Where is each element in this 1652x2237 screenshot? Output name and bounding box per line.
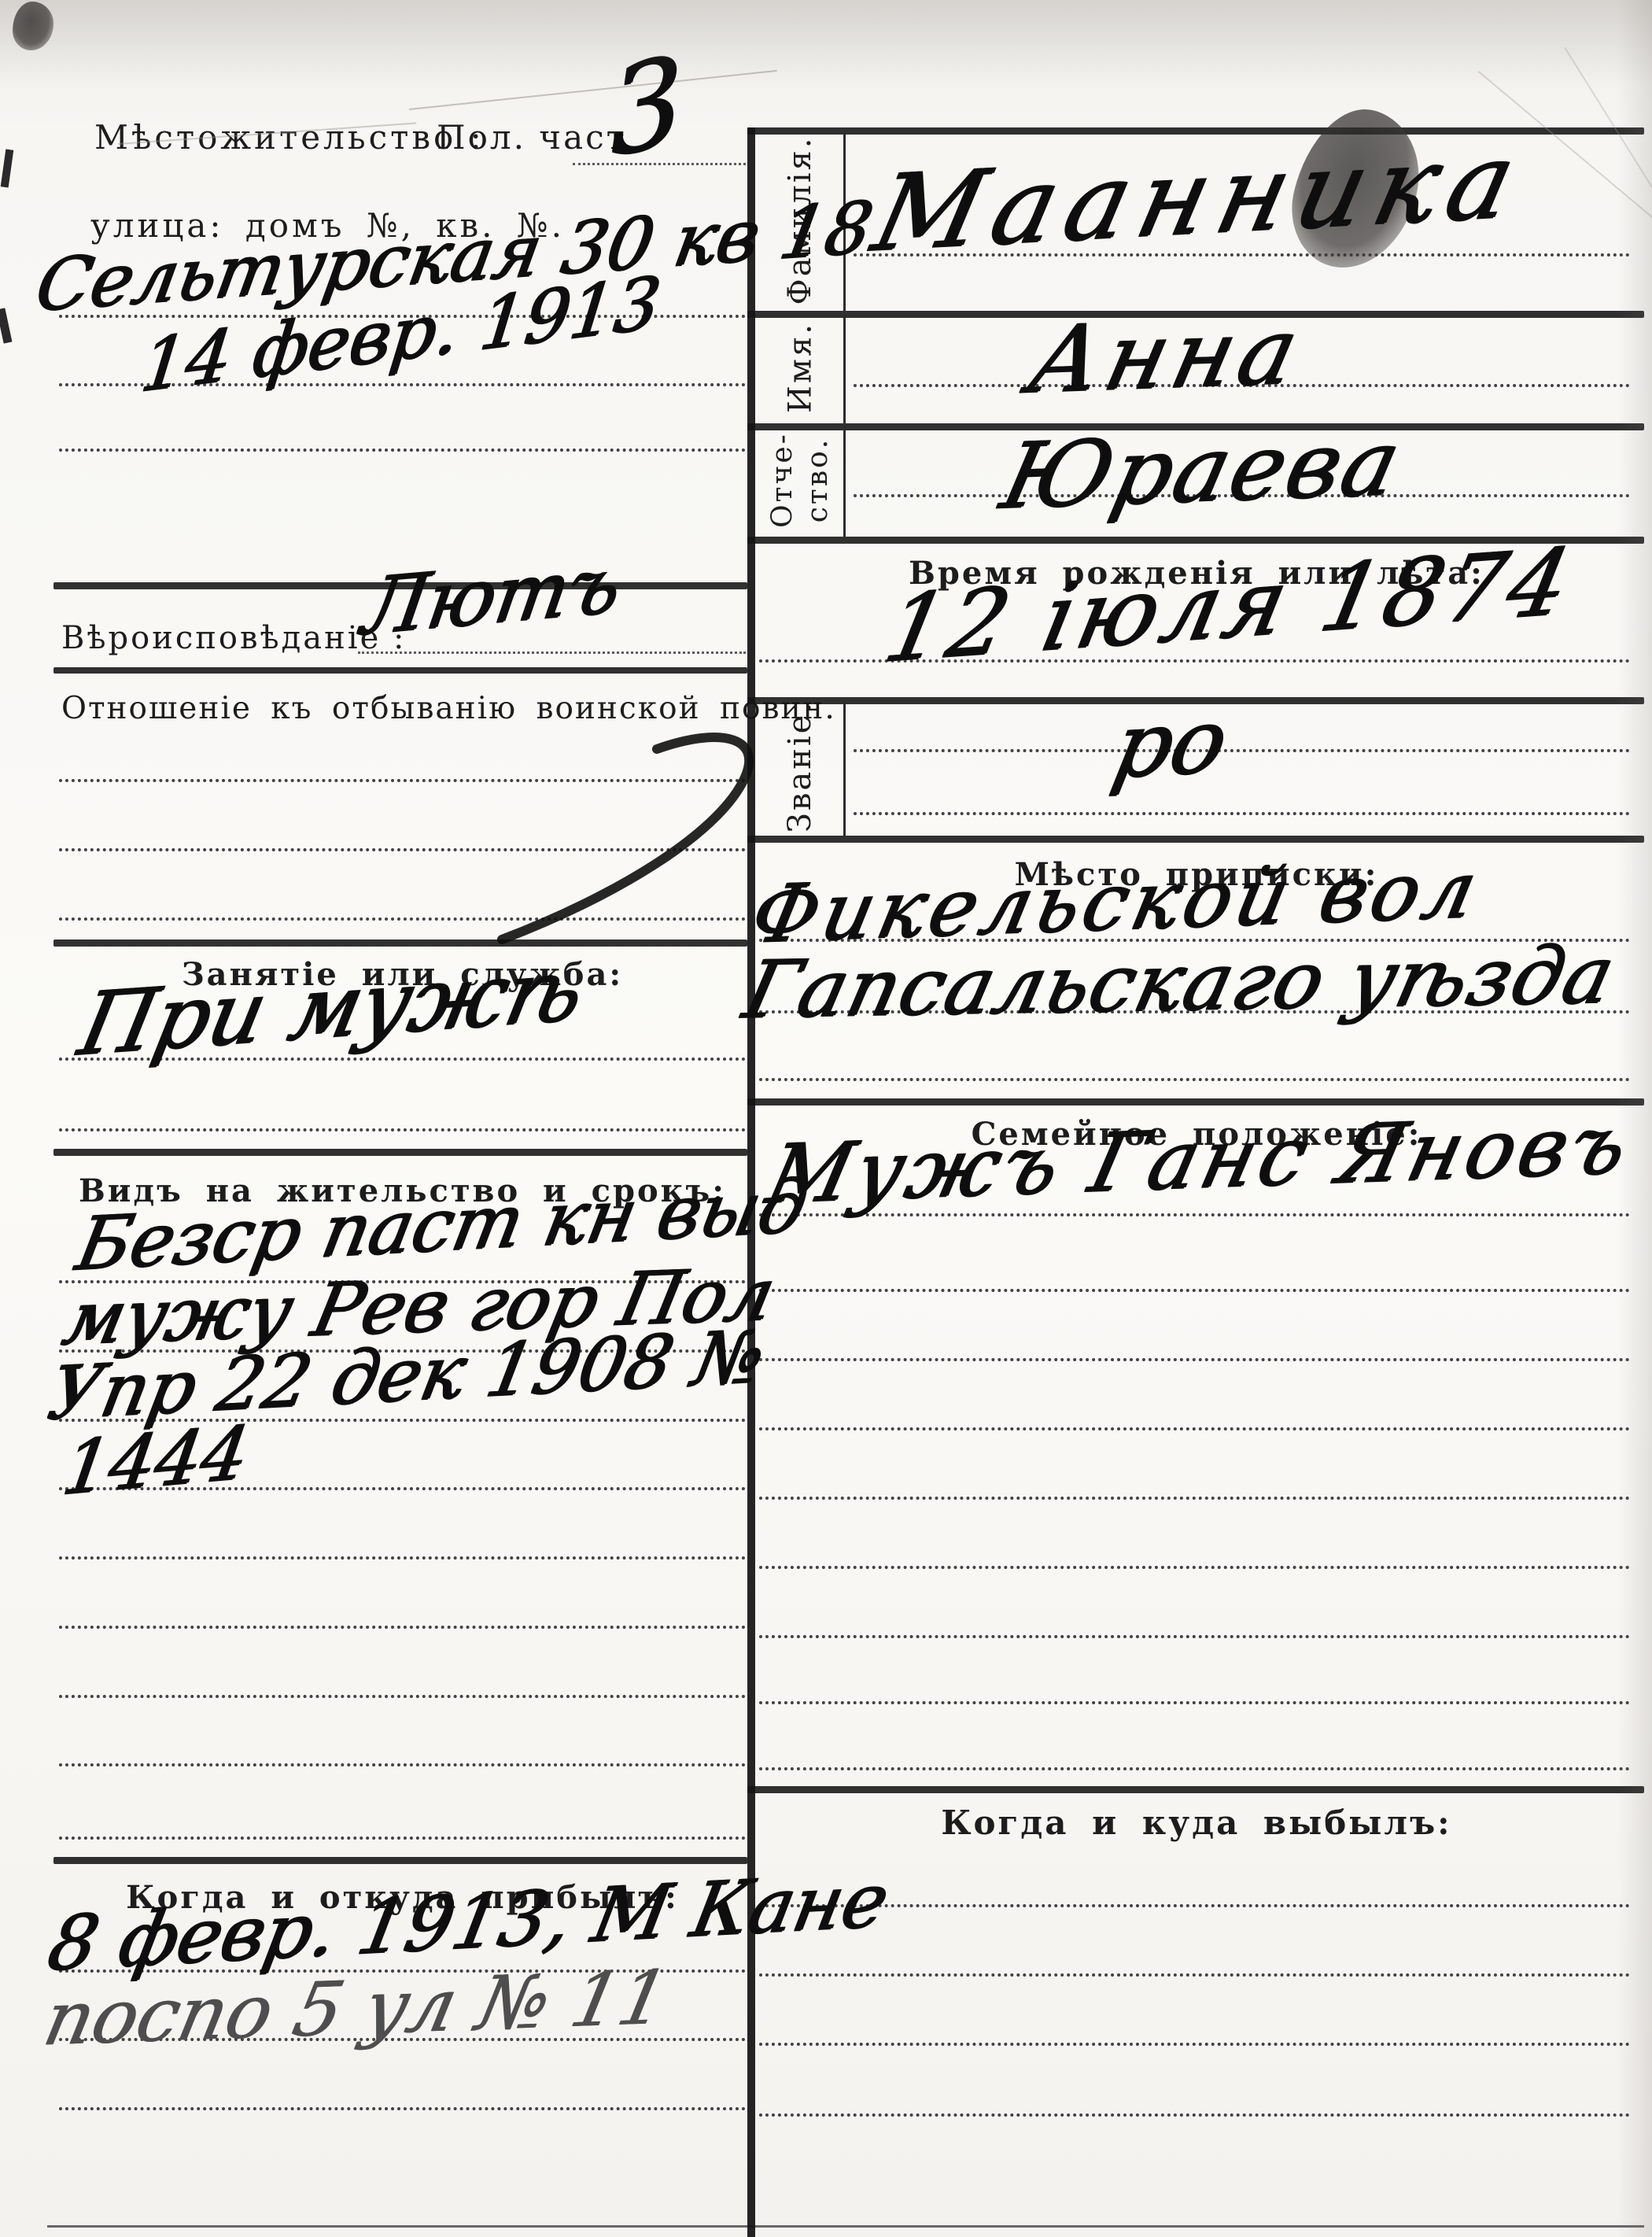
police-part-number-handwritten: 3 — [607, 39, 685, 175]
ruled-line — [759, 1078, 1630, 1081]
name-row-label: Имя. — [758, 312, 844, 424]
religion-value-handwritten: Лютъ — [357, 546, 625, 647]
patronymic-row-label: Отче- ство. — [757, 423, 843, 537]
ruled-line — [759, 1566, 1630, 1569]
label-column-line — [843, 701, 846, 836]
section-divider — [53, 667, 747, 674]
rank-value-handwritten: ро — [1106, 696, 1234, 792]
police-part-label: Пол. част — [437, 118, 627, 157]
ruled-line — [759, 2043, 1630, 2046]
ruled-line — [759, 1427, 1630, 1430]
ruled-line — [59, 1763, 746, 1766]
surname-value-handwritten: Маанника — [865, 127, 1534, 267]
ruled-line — [759, 2113, 1630, 2117]
ruled-line — [759, 1701, 1630, 1704]
arrived-handwritten-line2: поспо 5 ул № 11 — [38, 1961, 674, 2057]
ruled-line — [59, 1128, 746, 1131]
patronymic-value-handwritten: Юраева — [994, 417, 1410, 522]
ruled-line — [759, 1497, 1630, 1500]
corner-ink-smudge — [13, 2, 53, 50]
ruled-line — [358, 652, 746, 654]
paper-crease — [1564, 47, 1652, 248]
permit-handwritten-line4: 1444 — [57, 1416, 253, 1506]
paper-crease — [409, 70, 777, 110]
residence-label: Мѣстожительство : — [94, 118, 485, 157]
page-bottom-edge — [47, 2225, 1644, 2228]
row-divider — [747, 1786, 1644, 1793]
religion-label: Вѣроисповѣданіе : — [61, 620, 406, 656]
registration-card-scan: Мѣстожительство : Пол. част 3 улица: дом… — [0, 0, 1652, 2237]
ruled-line — [759, 1358, 1630, 1361]
ruled-line — [759, 1767, 1630, 1770]
ruled-line — [759, 1635, 1630, 1638]
section-divider — [53, 1857, 747, 1864]
ruled-line — [759, 1904, 1630, 1907]
ruled-line — [59, 1695, 746, 1698]
ruled-line — [759, 1973, 1630, 1977]
ruled-line — [59, 1556, 746, 1560]
row-divider — [747, 836, 1644, 843]
departed-label: Когда и куда выбылъ: — [757, 1803, 1636, 1842]
label-column-line — [843, 427, 846, 537]
military-service-label: Отношеніе къ отбыванію воинской повин. — [61, 691, 836, 726]
edge-mark — [0, 308, 12, 343]
ruled-line — [59, 449, 746, 452]
scan-shading-top — [0, 0, 1652, 87]
ruled-line — [59, 1836, 746, 1840]
edge-mark — [1, 150, 14, 188]
registration-handwritten-line2: Гапсальскаго уѣзда — [737, 936, 1622, 1030]
ruled-line — [759, 1289, 1630, 1292]
ruled-line — [59, 2107, 746, 2110]
ruled-line — [854, 749, 1630, 752]
ruled-line — [59, 1626, 746, 1629]
section-divider — [53, 1149, 747, 1156]
name-value-handwritten: Анна — [1021, 305, 1311, 407]
ruled-line — [854, 812, 1630, 815]
